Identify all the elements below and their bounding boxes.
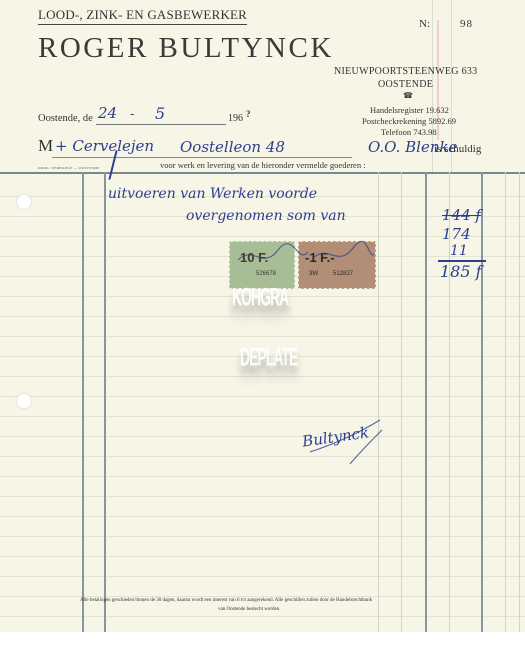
invoice-paper: LOOD-, ZINK- EN GASBEWERKER ROGER BULTYN… — [0, 0, 525, 632]
owes-label: is schuldig — [434, 143, 481, 155]
address-city: OOSTENDE — [378, 79, 433, 90]
recipient-prefix: M — [38, 136, 54, 156]
trade-line: LOOD-, ZINK- EN GASBEWERKER — [38, 7, 247, 25]
invoice-number-label: N: — [419, 18, 430, 30]
punch-hole — [17, 394, 31, 408]
year-prefix: 196 — [228, 113, 243, 124]
amount-added: 11 — [450, 243, 468, 259]
date-separator: - — [130, 107, 134, 122]
invoice-number: 98 — [460, 18, 473, 30]
telephone: Telefoon 743.98 — [381, 127, 437, 137]
punch-hole — [17, 195, 31, 209]
date-underline — [96, 124, 226, 125]
date-month: 5 — [155, 104, 165, 123]
signature-flourish — [300, 412, 390, 468]
recipient-underline — [52, 157, 352, 158]
company-name: ROGER BULTYNCK — [38, 32, 334, 65]
recipient-address: Oostelleon 48 — [180, 138, 285, 156]
postcheck-account: Postcheckrekening 5892.69 — [362, 116, 456, 126]
recipient-name: + Cervelejen — [55, 137, 154, 155]
column-line — [519, 172, 520, 632]
address-street: NIEUWPOORTSTEENWEG 633 — [334, 66, 477, 77]
column-line — [401, 172, 402, 632]
amount-struck: 144 f — [442, 206, 481, 224]
place-label: Oostende, de — [38, 113, 93, 124]
amount-corrected: 174 — [442, 225, 471, 243]
header-rule — [0, 172, 525, 174]
column-line — [378, 172, 379, 632]
delivery-text: voor werk en levering van de hieronder v… — [160, 160, 366, 170]
column-line — [82, 172, 84, 632]
year-suffix: ? — [246, 109, 251, 119]
line-item-description-1: uitvoeren van Werken voorde — [108, 186, 317, 202]
amount-total: 185 f — [440, 262, 482, 281]
column-line — [481, 172, 483, 632]
column-line — [425, 172, 427, 632]
date-day: 24 — [98, 104, 117, 122]
column-line — [505, 172, 506, 632]
column-line — [104, 172, 106, 632]
stamp-cancellation-scribble — [228, 240, 378, 280]
footer-terms-line-2: van Oostende beslecht worden. — [218, 607, 280, 612]
phone-icon: ☎ — [403, 91, 413, 100]
line-item-description-2: overgenomen som van — [186, 208, 346, 224]
printer-imprint: DRUK. VERHAEGE — OOSTENDE — [38, 166, 100, 170]
footer-terms-line-1: Alle betalingen geschieden binnen de 30 … — [80, 598, 372, 603]
watermark-line-1: KOHGRA — [232, 282, 288, 311]
watermark-line-2: DEPLATE — [240, 342, 297, 371]
trade-registry: Handelsregister 19.632 — [370, 105, 449, 115]
